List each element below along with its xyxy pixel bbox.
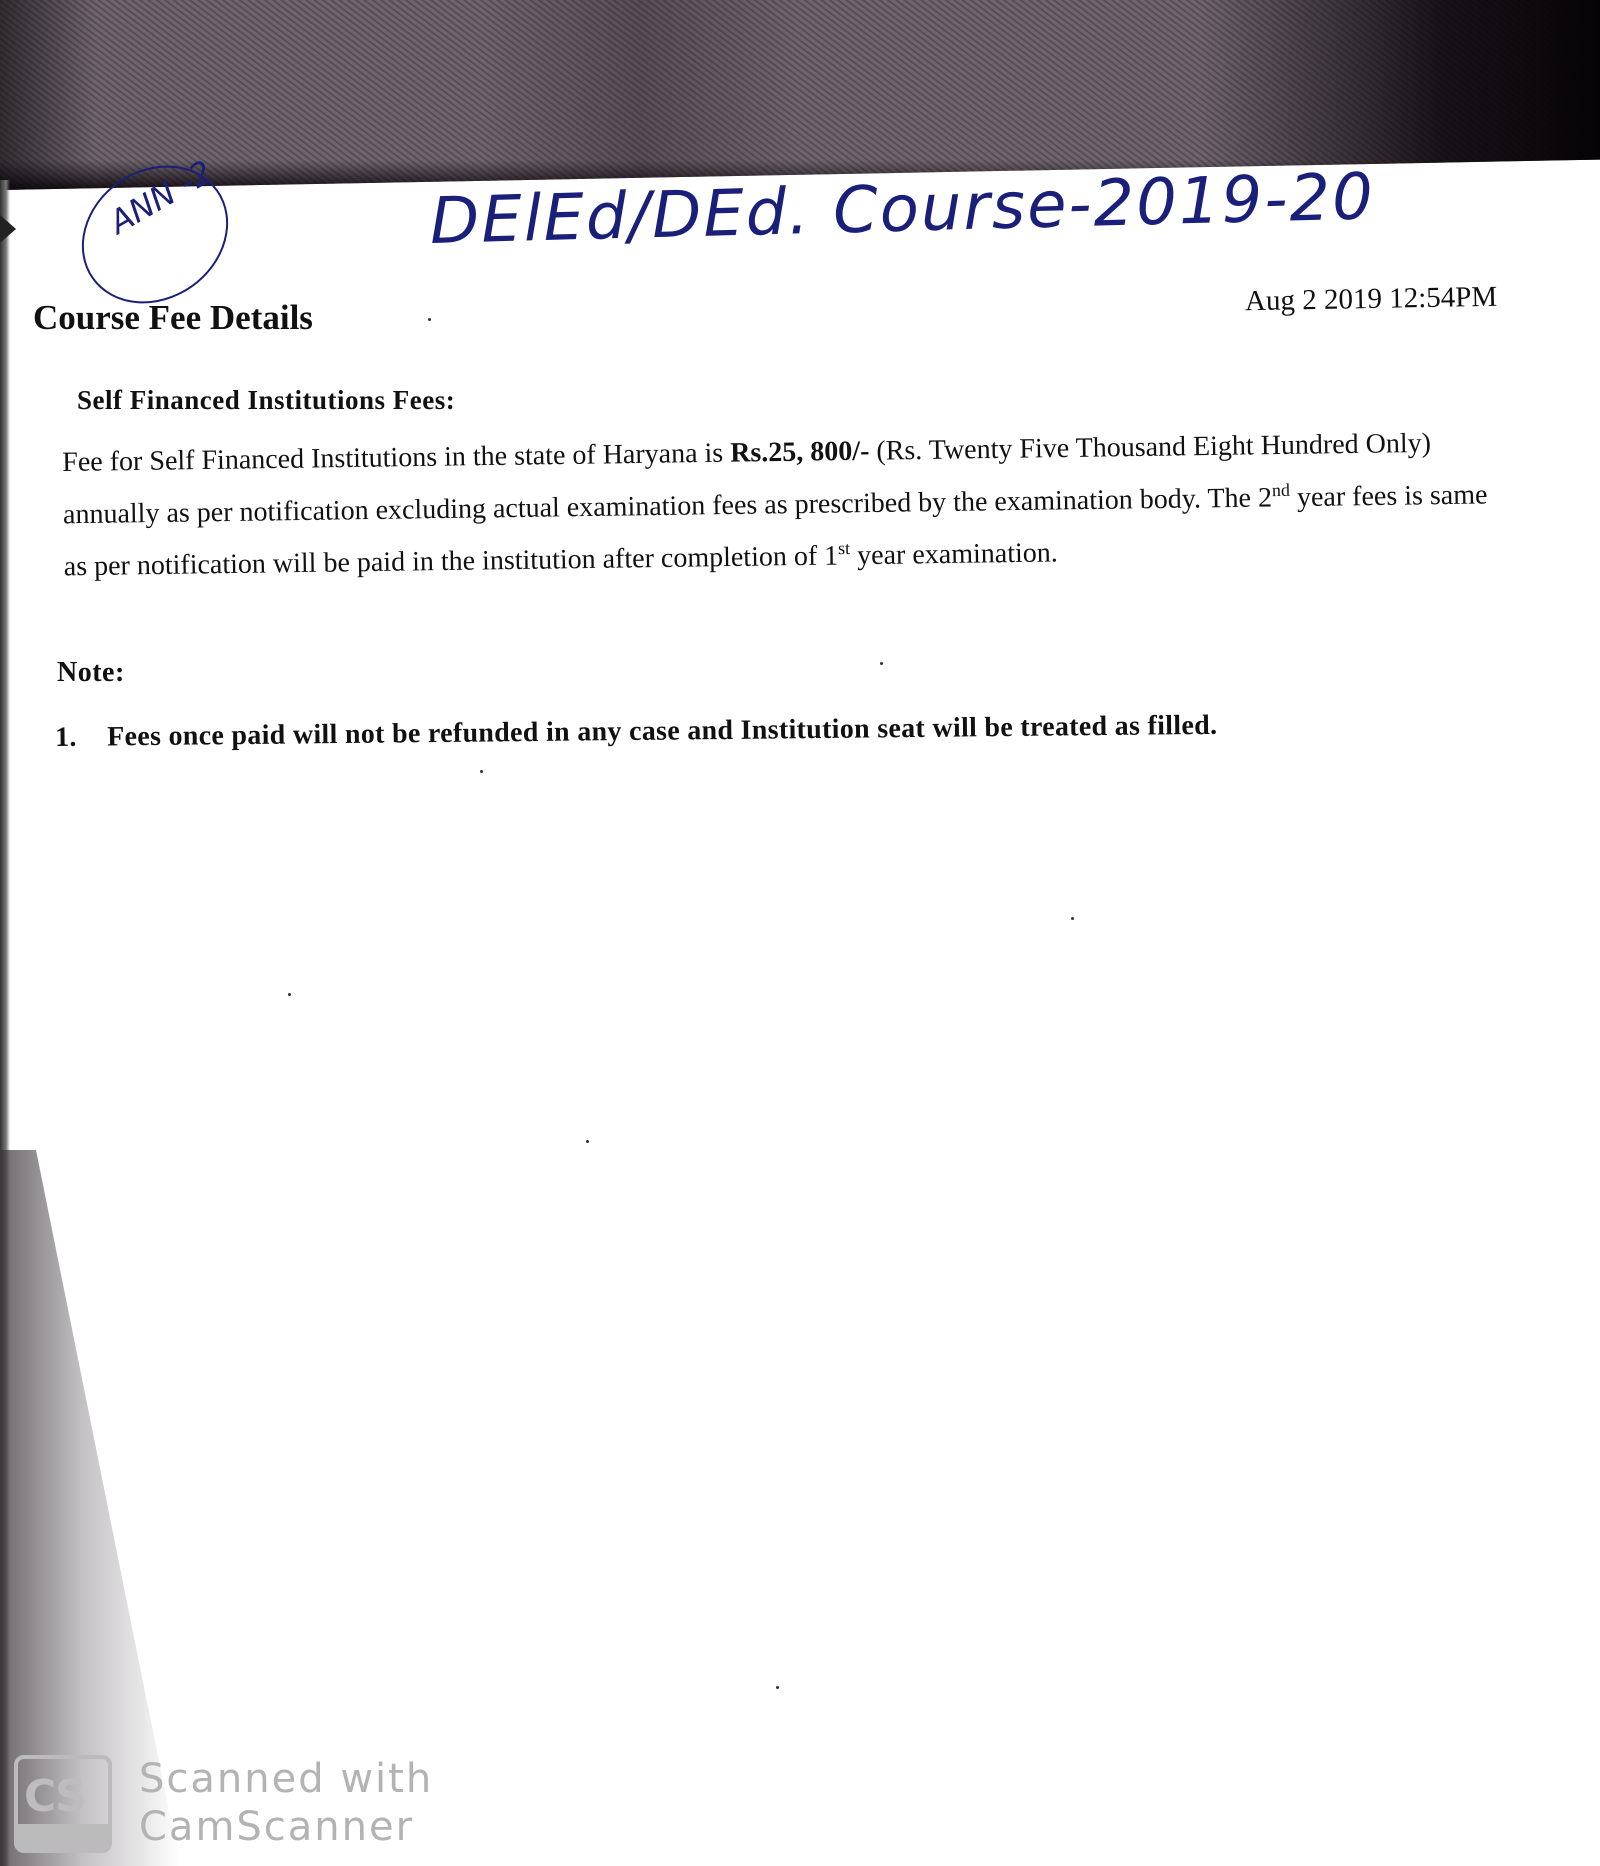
- scan-speck: [428, 318, 431, 321]
- watermark-line1: Scanned with: [139, 1755, 433, 1803]
- scan-speck: [776, 1686, 779, 1689]
- scan-speck: [288, 993, 291, 996]
- document-title: Course Fee Details: [33, 298, 313, 338]
- print-timestamp: Aug 2 2019 12:54PM: [1245, 281, 1498, 318]
- scan-speck: [480, 770, 483, 773]
- note-list-item: 1.Fees once paid will not be refunded in…: [55, 710, 1217, 754]
- watermark-line2: CamScanner: [139, 1803, 433, 1851]
- ordinal-suffix: nd: [1272, 480, 1290, 500]
- fee-amount: Rs.25, 800/-: [730, 436, 870, 469]
- fee-text-part4: year examination.: [850, 538, 1058, 572]
- ordinal-suffix: st: [838, 538, 850, 558]
- scan-speck: [586, 1140, 589, 1143]
- page-notch: [0, 215, 16, 243]
- fee-paragraph: Fee for Self Financed Institutions in th…: [62, 420, 1504, 590]
- note-label: Note:: [57, 657, 125, 689]
- watermark-text: Scanned with CamScanner: [139, 1755, 433, 1851]
- camscanner-logo-icon: CS: [14, 1755, 112, 1853]
- fee-text-part1: Fee for Self Financed Institutions in th…: [62, 438, 730, 478]
- section-heading: Self Financed Institutions Fees:: [77, 385, 455, 416]
- scan-speck: [880, 662, 883, 665]
- scan-speck: [1071, 917, 1074, 920]
- note-item-text: Fees once paid will not be refunded in a…: [107, 710, 1217, 753]
- note-item-number: 1.: [55, 721, 107, 754]
